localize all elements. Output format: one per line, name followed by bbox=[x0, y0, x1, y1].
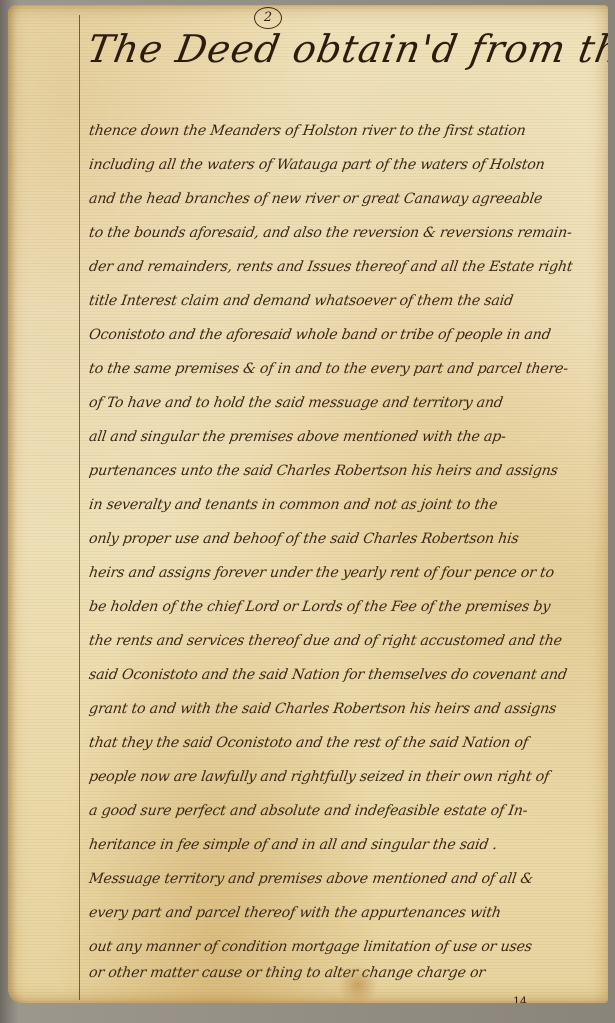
text-line: purtenances unto the said Charles Robert… bbox=[88, 463, 605, 479]
text-line: that they the said Oconistoto and the re… bbox=[88, 735, 605, 751]
text-line: be holden of the chief Lord or Lords of … bbox=[88, 599, 605, 615]
text-line: all and singular the premises above ment… bbox=[88, 429, 605, 445]
text-line: the rents and services thereof due and o… bbox=[88, 633, 605, 649]
text-line: and the head branches of new river or gr… bbox=[88, 191, 605, 207]
text-line: to the same premises & of in and to the … bbox=[88, 361, 605, 377]
text-line: heritance in fee simple of and in all an… bbox=[88, 837, 605, 853]
text-line: Oconistoto and the aforesaid whole band … bbox=[88, 327, 605, 343]
text-line: der and remainders, rents and Issues the… bbox=[88, 259, 605, 275]
text-line: including all the waters of Watauga part… bbox=[88, 157, 605, 173]
water-stain bbox=[338, 965, 378, 1003]
text-line: to the bounds aforesaid, and also the re… bbox=[88, 225, 605, 241]
document-title: The Deed obtain'd from the bbox=[84, 27, 608, 71]
text-line: a good sure perfect and absolute and ind… bbox=[88, 803, 605, 819]
text-line: in severalty and tenants in common and n… bbox=[88, 497, 605, 513]
text-line: every part and parcel thereof with the a… bbox=[88, 905, 605, 921]
text-line: grant to and with the said Charles Rober… bbox=[88, 701, 605, 717]
folio-number: 14 bbox=[513, 995, 527, 1003]
text-line: only proper use and behoof of the said C… bbox=[88, 531, 605, 547]
text-line: title Interest claim and demand whatsoev… bbox=[88, 293, 605, 309]
text-line: of To have and to hold the said messuage… bbox=[88, 395, 605, 411]
margin-rule bbox=[79, 15, 80, 1000]
text-line: heirs and assigns forever under the year… bbox=[88, 565, 605, 581]
text-line: said Oconistoto and the said Nation for … bbox=[88, 667, 605, 683]
text-line: thence down the Meanders of Holston rive… bbox=[88, 123, 605, 139]
manuscript-page: 2 The Deed obtain'd from the thence down… bbox=[8, 5, 608, 1003]
page-number: 2 bbox=[254, 7, 282, 29]
text-line: people now are lawfully and rightfully s… bbox=[88, 769, 605, 785]
text-line: Messuage territory and premises above me… bbox=[88, 871, 605, 887]
text-line: out any manner of condition mortgage lim… bbox=[88, 939, 605, 955]
